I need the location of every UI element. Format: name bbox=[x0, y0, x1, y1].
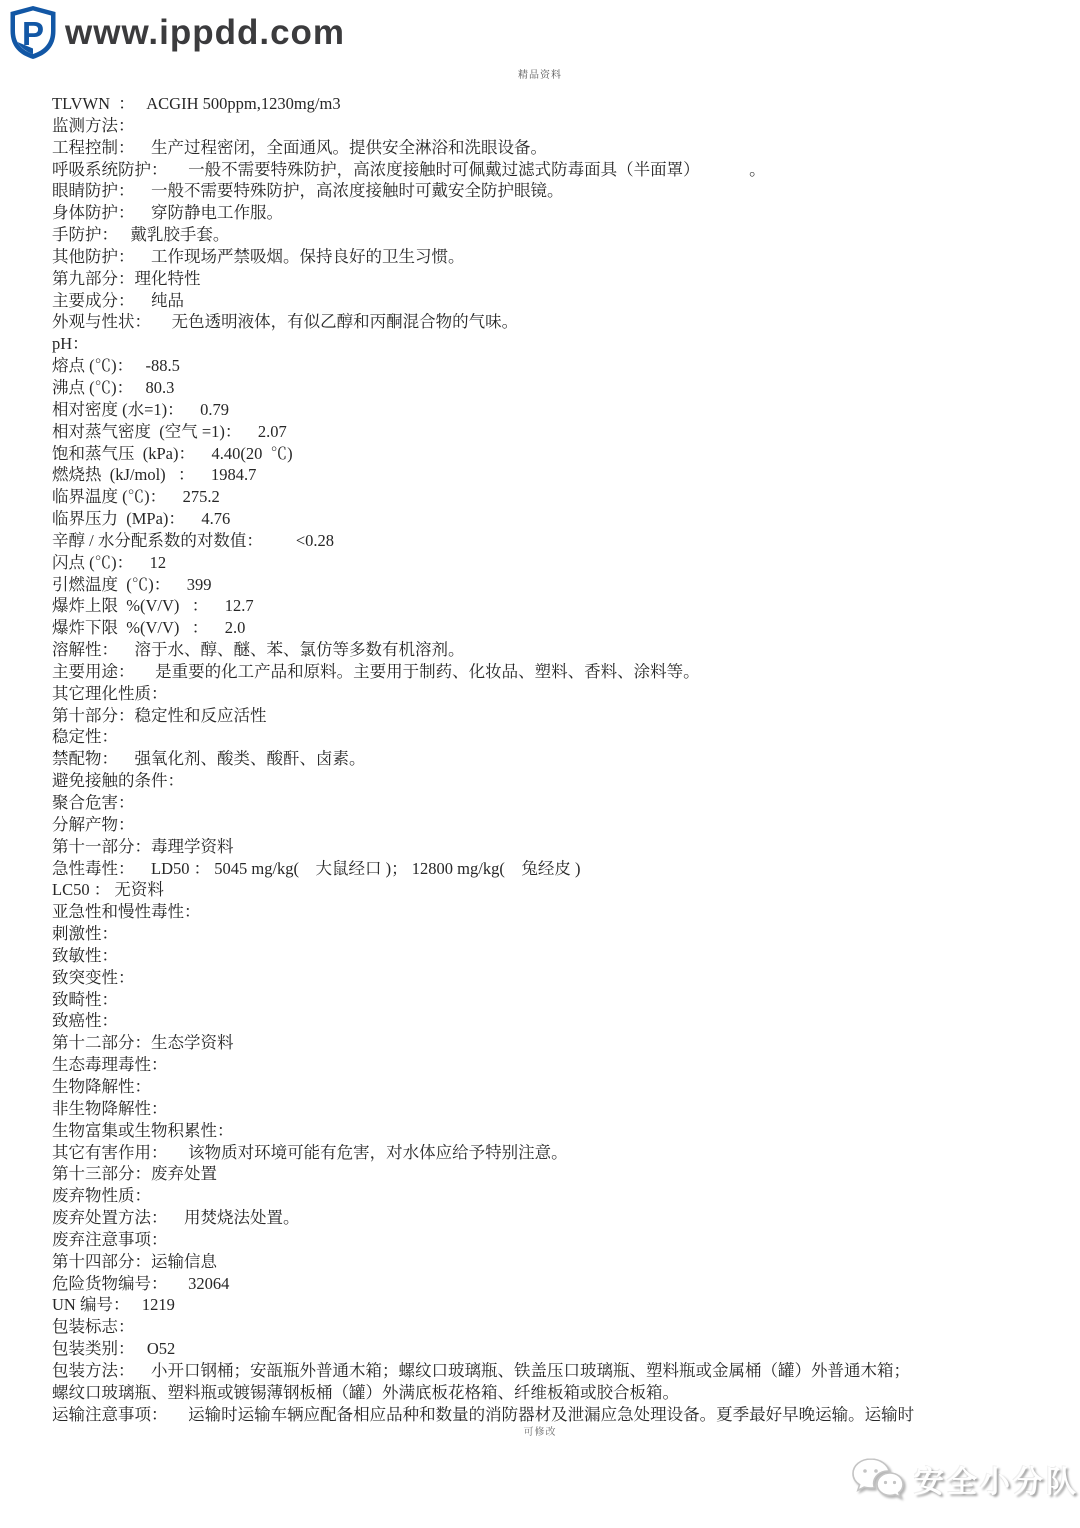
document-line: 其它理化性质： bbox=[52, 683, 1052, 705]
document-line: 爆炸下限 %(V/V) ： 2.0 bbox=[52, 617, 1052, 639]
document-line: 燃烧热 (kJ/mol) ： 1984.7 bbox=[52, 464, 1052, 486]
document-line: 螺纹口玻璃瓶、塑料瓶或镀锡薄钢板桶（罐）外满底板花格箱、纤维板箱或胶合板箱。 bbox=[52, 1382, 1052, 1404]
document-line: 避免接触的条件： bbox=[52, 770, 1052, 792]
document-line: 急性毒性： LD50 ： 5045 mg/kg( 大鼠经口 )； 12800 m… bbox=[52, 858, 1052, 880]
document-line: 第十三部分：废弃处置 bbox=[52, 1163, 1052, 1185]
document-line: 监测方法： bbox=[52, 115, 1052, 137]
document-line: LC50 ： 无资料 bbox=[52, 879, 1052, 901]
document-line: 眼睛防护： 一般不需要特殊防护，高浓度接触时可戴安全防护眼镜。 bbox=[52, 180, 1052, 202]
document-line: 第十一部分：毒理学资料 bbox=[52, 836, 1052, 858]
document-line: 其它有害作用： 该物质对环境可能有危害，对水体应给予特别注意。 bbox=[52, 1142, 1052, 1164]
page: P www.ippdd.com 精品资料 TLVWN ： ACGIH 500pp… bbox=[0, 0, 1080, 1528]
document-line: TLVWN ： ACGIH 500ppm,1230mg/m3 bbox=[52, 93, 1052, 115]
document-line: 非生物降解性： bbox=[52, 1098, 1052, 1120]
document-line: 闪点 (℃)： 12 bbox=[52, 552, 1052, 574]
site-header: P www.ippdd.com bbox=[8, 5, 345, 60]
document-line: 工程控制： 生产过程密闭，全面通风。提供安全淋浴和洗眼设备。 bbox=[52, 137, 1052, 159]
document-line: 分解产物： bbox=[52, 814, 1052, 836]
document-line: 包装标志： bbox=[52, 1316, 1052, 1338]
shield-p-icon: P bbox=[8, 5, 58, 60]
document-line: 辛醇 / 水分配系数的对数值： <0.28 bbox=[52, 530, 1052, 552]
document-line: 包装类别： O52 bbox=[52, 1338, 1052, 1360]
document-line: 废弃注意事项： bbox=[52, 1229, 1052, 1251]
document-line: 身体防护： 穿防静电工作服。 bbox=[52, 202, 1052, 224]
watermark: 安全小分队 bbox=[850, 1456, 1079, 1502]
watermark-text: 安全小分队 bbox=[914, 1457, 1079, 1501]
document-line: 第十四部分：运输信息 bbox=[52, 1251, 1052, 1273]
document-line: 致畸性： bbox=[52, 989, 1052, 1011]
document-line: 临界温度 (℃)： 275.2 bbox=[52, 486, 1052, 508]
site-url: www.ippdd.com bbox=[65, 13, 345, 53]
document-line: 亚急性和慢性毒性： bbox=[52, 901, 1052, 923]
document-line: 溶解性： 溶于水、醇、醚、苯、氯仿等多数有机溶剂。 bbox=[52, 639, 1052, 661]
top-note: 精品资料 bbox=[0, 66, 1080, 81]
document-line: 生物降解性： bbox=[52, 1076, 1052, 1098]
document-line: 包装方法： 小开口钢桶；安瓿瓶外普通木箱；螺纹口玻璃瓶、铁盖压口玻璃瓶、塑料瓶或… bbox=[52, 1360, 1052, 1382]
document-line: 饱和蒸气压 (kPa)： 4.40(20 ℃) bbox=[52, 443, 1052, 465]
document-line: 刺激性： bbox=[52, 923, 1052, 945]
document-line: 生物富集或生物积累性： bbox=[52, 1120, 1052, 1142]
document-line: pH： bbox=[52, 333, 1052, 355]
wechat-icon bbox=[850, 1456, 906, 1502]
document-line: 临界压力 (MPa)： 4.76 bbox=[52, 508, 1052, 530]
document-lines: TLVWN ： ACGIH 500ppm,1230mg/m3监测方法：工程控制：… bbox=[52, 93, 1052, 1425]
document-line: 第十二部分：生态学资料 bbox=[52, 1032, 1052, 1054]
document-line: 相对蒸气密度 (空气 =1)： 2.07 bbox=[52, 421, 1052, 443]
document-line: 致突变性： bbox=[52, 967, 1052, 989]
document-line: 第九部分：理化特性 bbox=[52, 268, 1052, 290]
document-line: UN 编号： 1219 bbox=[52, 1294, 1052, 1316]
document-line: 其他防护： 工作现场严禁吸烟。保持良好的卫生习惯。 bbox=[52, 246, 1052, 268]
document-line: 危险货物编号： 32064 bbox=[52, 1273, 1052, 1295]
document-line: 手防护： 戴乳胶手套。 bbox=[52, 224, 1052, 246]
document-line: 爆炸上限 %(V/V) ： 12.7 bbox=[52, 595, 1052, 617]
document-line: 废弃物性质： bbox=[52, 1185, 1052, 1207]
document-line: 呼吸系统防护： 一般不需要特殊防护，高浓度接触时可佩戴过滤式防毒面具（半面罩） … bbox=[52, 159, 1052, 181]
document-line: 第十部分：稳定性和反应活性 bbox=[52, 705, 1052, 727]
footer-note: 可修改 bbox=[0, 1423, 1080, 1438]
document-line: 主要成分： 纯品 bbox=[52, 290, 1052, 312]
document-line: 相对密度 (水=1)： 0.79 bbox=[52, 399, 1052, 421]
document-line: 聚合危害： bbox=[52, 792, 1052, 814]
document-line: 引燃温度 (℃)： 399 bbox=[52, 574, 1052, 596]
document-line: 禁配物： 强氧化剂、酸类、酸酐、卤素。 bbox=[52, 748, 1052, 770]
document-line: 熔点 (℃)： -88.5 bbox=[52, 355, 1052, 377]
document-line: 致敏性： bbox=[52, 945, 1052, 967]
document-line: 生态毒理毒性： bbox=[52, 1054, 1052, 1076]
document-line: 致癌性： bbox=[52, 1010, 1052, 1032]
document-line: 废弃处置方法： 用焚烧法处置。 bbox=[52, 1207, 1052, 1229]
document-line: 外观与性状： 无色透明液体，有似乙醇和丙酮混合物的气味。 bbox=[52, 311, 1052, 333]
document-line: 稳定性： bbox=[52, 726, 1052, 748]
document-line: 主要用途： 是重要的化工产品和原料。主要用于制药、化妆品、塑料、香料、涂料等。 bbox=[52, 661, 1052, 683]
document-line: 沸点 (℃)： 80.3 bbox=[52, 377, 1052, 399]
